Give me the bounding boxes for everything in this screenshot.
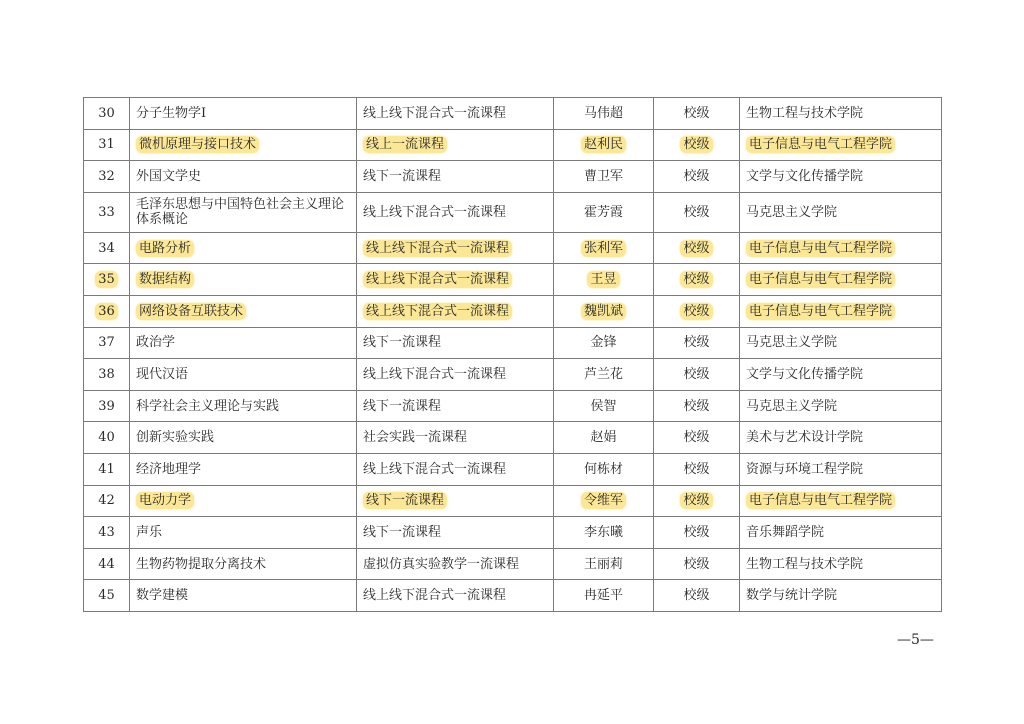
course-type: 线下一流课程: [363, 335, 441, 350]
course-type-cell: 线上线下混合式一流课程: [357, 580, 554, 612]
table-row: 31微机原理与接口技术线上一流课程赵利民校级电子信息与电气工程学院: [84, 129, 942, 161]
course-lead: 张利军: [581, 240, 626, 257]
course-type-cell: 线下一流课程: [357, 517, 554, 549]
course-lead: 金锋: [590, 335, 616, 350]
course-lead-cell: 何栋材: [554, 453, 654, 485]
row-number: 42: [98, 493, 115, 508]
row-number-cell: 44: [84, 548, 130, 580]
course-name-cell: 电路分析: [130, 232, 357, 264]
course-type: 线上线下混合式一流课程: [363, 240, 512, 257]
course-name-cell: 毛泽东思想与中国特色社会主义理论体系概论: [130, 192, 357, 232]
college-name-cell: 生物工程与技术学院: [740, 548, 942, 580]
row-number: 30: [98, 106, 115, 121]
course-level-cell: 校级: [654, 295, 740, 327]
course-name: 电动力学: [136, 492, 194, 509]
course-name-cell: 现代汉语: [130, 359, 357, 391]
course-name: 政治学: [136, 335, 175, 350]
college-name: 电子信息与电气工程学院: [746, 303, 895, 320]
row-number: 36: [95, 303, 118, 320]
course-type-cell: 线下一流课程: [357, 485, 554, 517]
college-name: 电子信息与电气工程学院: [746, 136, 895, 153]
row-number: 35: [95, 271, 118, 288]
course-name: 网络设备互联技术: [136, 303, 246, 320]
row-number-cell: 38: [84, 359, 130, 391]
college-name-cell: 电子信息与电气工程学院: [740, 232, 942, 264]
table-row: 41经济地理学线上线下混合式一流课程何栋材校级资源与环境工程学院: [84, 453, 942, 485]
course-lead: 王昱: [587, 271, 619, 288]
table-row: 32外国文学史线下一流课程曹卫军校级文学与文化传播学院: [84, 161, 942, 193]
page-number: —5—: [897, 632, 934, 648]
course-name-cell: 经济地理学: [130, 453, 357, 485]
college-name: 马克思主义学院: [746, 399, 837, 414]
course-level: 校级: [683, 367, 709, 382]
course-lead: 魏凯斌: [581, 303, 626, 320]
course-lead: 冉延平: [584, 588, 623, 603]
row-number-cell: 42: [84, 485, 130, 517]
course-lead-cell: 霍芳霞: [554, 192, 654, 232]
row-number-cell: 37: [84, 327, 130, 359]
college-name: 美术与艺术设计学院: [746, 430, 863, 445]
college-name-cell: 音乐舞蹈学院: [740, 517, 942, 549]
college-name-cell: 文学与文化传播学院: [740, 359, 942, 391]
college-name-cell: 电子信息与电气工程学院: [740, 129, 942, 161]
course-name: 外国文学史: [136, 169, 201, 184]
course-type-cell: 线上线下混合式一流课程: [357, 359, 554, 391]
row-number: 45: [98, 588, 115, 603]
course-level-cell: 校级: [654, 517, 740, 549]
college-name-cell: 电子信息与电气工程学院: [740, 485, 942, 517]
course-name-cell: 电动力学: [130, 485, 357, 517]
row-number: 34: [98, 241, 115, 256]
college-name-cell: 美术与艺术设计学院: [740, 422, 942, 454]
course-lead-cell: 侯智: [554, 390, 654, 422]
course-lead-cell: 李东曦: [554, 517, 654, 549]
college-name: 马克思主义学院: [746, 335, 837, 350]
course-level: 校级: [683, 335, 709, 350]
college-name-cell: 数学与统计学院: [740, 580, 942, 612]
course-level-cell: 校级: [654, 264, 740, 296]
course-lead: 霍芳霞: [584, 205, 623, 220]
course-level: 校级: [683, 205, 709, 220]
row-number: 37: [98, 335, 115, 350]
table-row: 36网络设备互联技术线上线下混合式一流课程魏凯斌校级电子信息与电气工程学院: [84, 295, 942, 327]
course-lead-cell: 王昱: [554, 264, 654, 296]
college-name-cell: 生物工程与技术学院: [740, 98, 942, 130]
college-name: 文学与文化传播学院: [746, 169, 863, 184]
course-name: 科学社会主义理论与实践: [136, 399, 279, 414]
course-lead: 曹卫军: [584, 169, 623, 184]
row-number-cell: 45: [84, 580, 130, 612]
college-name-cell: 马克思主义学院: [740, 192, 942, 232]
course-level-cell: 校级: [654, 327, 740, 359]
course-level-cell: 校级: [654, 98, 740, 130]
course-type: 线上线下混合式一流课程: [363, 271, 512, 288]
course-level-cell: 校级: [654, 390, 740, 422]
course-level: 校级: [680, 303, 712, 320]
course-level-cell: 校级: [654, 548, 740, 580]
course-type: 线上线下混合式一流课程: [363, 303, 512, 320]
college-name: 音乐舞蹈学院: [746, 525, 824, 540]
college-name-cell: 电子信息与电气工程学院: [740, 295, 942, 327]
course-level: 校级: [683, 525, 709, 540]
course-name: 经济地理学: [136, 462, 201, 477]
course-name-cell: 创新实验实践: [130, 422, 357, 454]
course-level: 校级: [683, 557, 709, 572]
course-level: 校级: [683, 106, 709, 121]
row-number: 40: [98, 430, 115, 445]
course-name-cell: 微机原理与接口技术: [130, 129, 357, 161]
row-number: 41: [98, 462, 115, 477]
course-name-cell: 数据结构: [130, 264, 357, 296]
row-number-cell: 35: [84, 264, 130, 296]
course-level-cell: 校级: [654, 359, 740, 391]
course-lead-cell: 令维军: [554, 485, 654, 517]
row-number-cell: 36: [84, 295, 130, 327]
course-type: 线下一流课程: [363, 399, 441, 414]
course-level-cell: 校级: [654, 580, 740, 612]
course-level-cell: 校级: [654, 129, 740, 161]
course-name: 生物药物提取分离技术: [136, 557, 266, 572]
course-lead-cell: 曹卫军: [554, 161, 654, 193]
course-type: 线上一流课程: [363, 136, 447, 153]
course-level: 校级: [683, 588, 709, 603]
course-level-cell: 校级: [654, 485, 740, 517]
table-row: 39科学社会主义理论与实践线下一流课程侯智校级马克思主义学院: [84, 390, 942, 422]
course-name: 现代汉语: [136, 367, 188, 382]
course-type-cell: 虚拟仿真实验教学一流课程: [357, 548, 554, 580]
row-number-cell: 34: [84, 232, 130, 264]
table-row: 42电动力学线下一流课程令维军校级电子信息与电气工程学院: [84, 485, 942, 517]
table-row: 40创新实验实践社会实践一流课程赵娟校级美术与艺术设计学院: [84, 422, 942, 454]
row-number-cell: 41: [84, 453, 130, 485]
course-type-cell: 社会实践一流课程: [357, 422, 554, 454]
course-level-cell: 校级: [654, 192, 740, 232]
college-name: 电子信息与电气工程学院: [746, 271, 895, 288]
college-name-cell: 马克思主义学院: [740, 327, 942, 359]
table-row: 45数学建模线上线下混合式一流课程冉延平校级数学与统计学院: [84, 580, 942, 612]
course-level: 校级: [683, 399, 709, 414]
course-lead-cell: 芦兰花: [554, 359, 654, 391]
course-name-cell: 生物药物提取分离技术: [130, 548, 357, 580]
table-row: 38现代汉语线上线下混合式一流课程芦兰花校级文学与文化传播学院: [84, 359, 942, 391]
course-type: 线下一流课程: [363, 525, 441, 540]
course-type-cell: 线上线下混合式一流课程: [357, 232, 554, 264]
course-name: 电路分析: [136, 240, 194, 257]
college-name: 电子信息与电气工程学院: [746, 240, 895, 257]
course-level: 校级: [683, 462, 709, 477]
table-row: 44生物药物提取分离技术虚拟仿真实验教学一流课程王丽莉校级生物工程与技术学院: [84, 548, 942, 580]
row-number: 33: [98, 205, 115, 220]
course-level: 校级: [683, 430, 709, 445]
college-name: 生物工程与技术学院: [746, 557, 863, 572]
course-lead: 赵娟: [590, 430, 616, 445]
course-lead-cell: 冉延平: [554, 580, 654, 612]
row-number: 44: [98, 557, 115, 572]
course-level: 校级: [680, 240, 712, 257]
row-number: 32: [98, 169, 115, 184]
table-row: 34电路分析线上线下混合式一流课程张利军校级电子信息与电气工程学院: [84, 232, 942, 264]
course-lead: 令维军: [581, 492, 626, 509]
course-name: 毛泽东思想与中国特色社会主义理论体系概论: [136, 197, 344, 227]
course-name-cell: 外国文学史: [130, 161, 357, 193]
course-level-cell: 校级: [654, 232, 740, 264]
course-name: 声乐: [136, 525, 162, 540]
course-lead-cell: 赵利民: [554, 129, 654, 161]
college-name-cell: 资源与环境工程学院: [740, 453, 942, 485]
course-lead-cell: 王丽莉: [554, 548, 654, 580]
course-type-cell: 线上线下混合式一流课程: [357, 192, 554, 232]
table-row: 33毛泽东思想与中国特色社会主义理论体系概论线上线下混合式一流课程霍芳霞校级马克…: [84, 192, 942, 232]
college-name: 电子信息与电气工程学院: [746, 492, 895, 509]
course-type-cell: 线上线下混合式一流课程: [357, 295, 554, 327]
table-row: 43声乐线下一流课程李东曦校级音乐舞蹈学院: [84, 517, 942, 549]
course-type: 线下一流课程: [363, 169, 441, 184]
row-number: 39: [98, 399, 115, 414]
course-lead-cell: 金锋: [554, 327, 654, 359]
course-name-cell: 政治学: [130, 327, 357, 359]
row-number-cell: 32: [84, 161, 130, 193]
table-row: 35数据结构线上线下混合式一流课程王昱校级电子信息与电气工程学院: [84, 264, 942, 296]
course-lead: 侯智: [590, 399, 616, 414]
college-name-cell: 文学与文化传播学院: [740, 161, 942, 193]
course-level: 校级: [680, 492, 712, 509]
course-lead-cell: 魏凯斌: [554, 295, 654, 327]
table-row: 30分子生物学Ⅰ线上线下混合式一流课程马伟超校级生物工程与技术学院: [84, 98, 942, 130]
course-lead-cell: 马伟超: [554, 98, 654, 130]
course-level: 校级: [680, 136, 712, 153]
course-name: 分子生物学Ⅰ: [136, 106, 206, 121]
course-lead: 芦兰花: [584, 367, 623, 382]
course-type: 线下一流课程: [363, 492, 447, 509]
course-type-cell: 线上线下混合式一流课程: [357, 453, 554, 485]
course-type: 社会实践一流课程: [363, 430, 467, 445]
college-name: 资源与环境工程学院: [746, 462, 863, 477]
course-lead: 赵利民: [581, 136, 626, 153]
course-type: 线上线下混合式一流课程: [363, 588, 506, 603]
row-number-cell: 33: [84, 192, 130, 232]
row-number-cell: 39: [84, 390, 130, 422]
row-number-cell: 31: [84, 129, 130, 161]
college-name: 马克思主义学院: [746, 205, 837, 220]
course-type-cell: 线下一流课程: [357, 161, 554, 193]
course-type-cell: 线下一流课程: [357, 327, 554, 359]
row-number-cell: 40: [84, 422, 130, 454]
course-type: 虚拟仿真实验教学一流课程: [363, 557, 519, 572]
course-type: 线上线下混合式一流课程: [363, 367, 506, 382]
row-number: 31: [98, 137, 115, 152]
course-level-cell: 校级: [654, 422, 740, 454]
college-name-cell: 电子信息与电气工程学院: [740, 264, 942, 296]
course-type-cell: 线上线下混合式一流课程: [357, 264, 554, 296]
course-lead: 王丽莉: [584, 557, 623, 572]
course-name: 数据结构: [136, 271, 194, 288]
course-name-cell: 科学社会主义理论与实践: [130, 390, 357, 422]
course-level: 校级: [683, 169, 709, 184]
course-type: 线上线下混合式一流课程: [363, 205, 506, 220]
course-type-cell: 线上一流课程: [357, 129, 554, 161]
course-table: 30分子生物学Ⅰ线上线下混合式一流课程马伟超校级生物工程与技术学院31微机原理与…: [83, 97, 942, 612]
course-name-cell: 声乐: [130, 517, 357, 549]
course-level-cell: 校级: [654, 453, 740, 485]
course-name-cell: 分子生物学Ⅰ: [130, 98, 357, 130]
course-name: 创新实验实践: [136, 430, 214, 445]
course-lead-cell: 张利军: [554, 232, 654, 264]
college-name: 数学与统计学院: [746, 588, 837, 603]
course-lead: 李东曦: [584, 525, 623, 540]
course-type-cell: 线上线下混合式一流课程: [357, 98, 554, 130]
course-name: 微机原理与接口技术: [136, 136, 259, 153]
course-name: 数学建模: [136, 588, 188, 603]
college-name: 文学与文化传播学院: [746, 367, 863, 382]
course-type-cell: 线下一流课程: [357, 390, 554, 422]
row-number-cell: 30: [84, 98, 130, 130]
row-number-cell: 43: [84, 517, 130, 549]
college-name: 生物工程与技术学院: [746, 106, 863, 121]
college-name-cell: 马克思主义学院: [740, 390, 942, 422]
course-name-cell: 数学建模: [130, 580, 357, 612]
course-lead: 何栋材: [584, 462, 623, 477]
table-row: 37政治学线下一流课程金锋校级马克思主义学院: [84, 327, 942, 359]
course-name-cell: 网络设备互联技术: [130, 295, 357, 327]
row-number: 43: [98, 525, 115, 540]
course-lead: 马伟超: [584, 106, 623, 121]
course-type: 线上线下混合式一流课程: [363, 462, 506, 477]
course-level-cell: 校级: [654, 161, 740, 193]
row-number: 38: [98, 367, 115, 382]
course-type: 线上线下混合式一流课程: [363, 106, 506, 121]
course-lead-cell: 赵娟: [554, 422, 654, 454]
course-level: 校级: [680, 271, 712, 288]
